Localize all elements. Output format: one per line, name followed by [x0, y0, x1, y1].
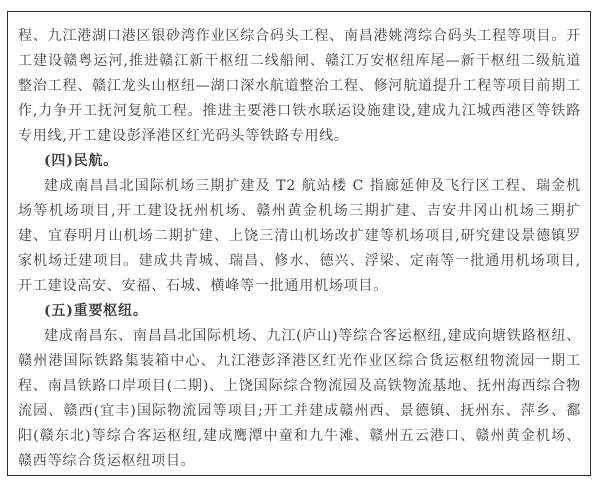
section-heading-civil-aviation: (四)民航。 — [18, 149, 581, 174]
section-heading-key-hubs: (五)重要枢纽。 — [18, 299, 581, 324]
paragraph-airport-projects: 建成南昌昌北国际机场三期扩建及 T2 航站楼 C 指廊延伸及飞行区工程、瑞金机场… — [18, 174, 581, 299]
paragraph-water-transport-projects: 程、九江港湖口港区银砂湾作业区综合码头工程、南昌港姚湾综合码头工程等项目。开工建… — [18, 24, 581, 149]
paragraph-hub-projects: 建成南昌东、南昌昌北国际机场、九江(庐山)等综合客运枢纽,建成向塘铁路枢纽、赣州… — [18, 324, 581, 474]
page-border-frame: 程、九江港湖口港区银砂湾作业区综合码头工程、南昌港姚湾综合码头工程等项目。开工建… — [7, 11, 591, 476]
document-page: 程、九江港湖口港区银砂湾作业区综合码头工程、南昌港姚湾综合码头工程等项目。开工建… — [0, 0, 600, 484]
